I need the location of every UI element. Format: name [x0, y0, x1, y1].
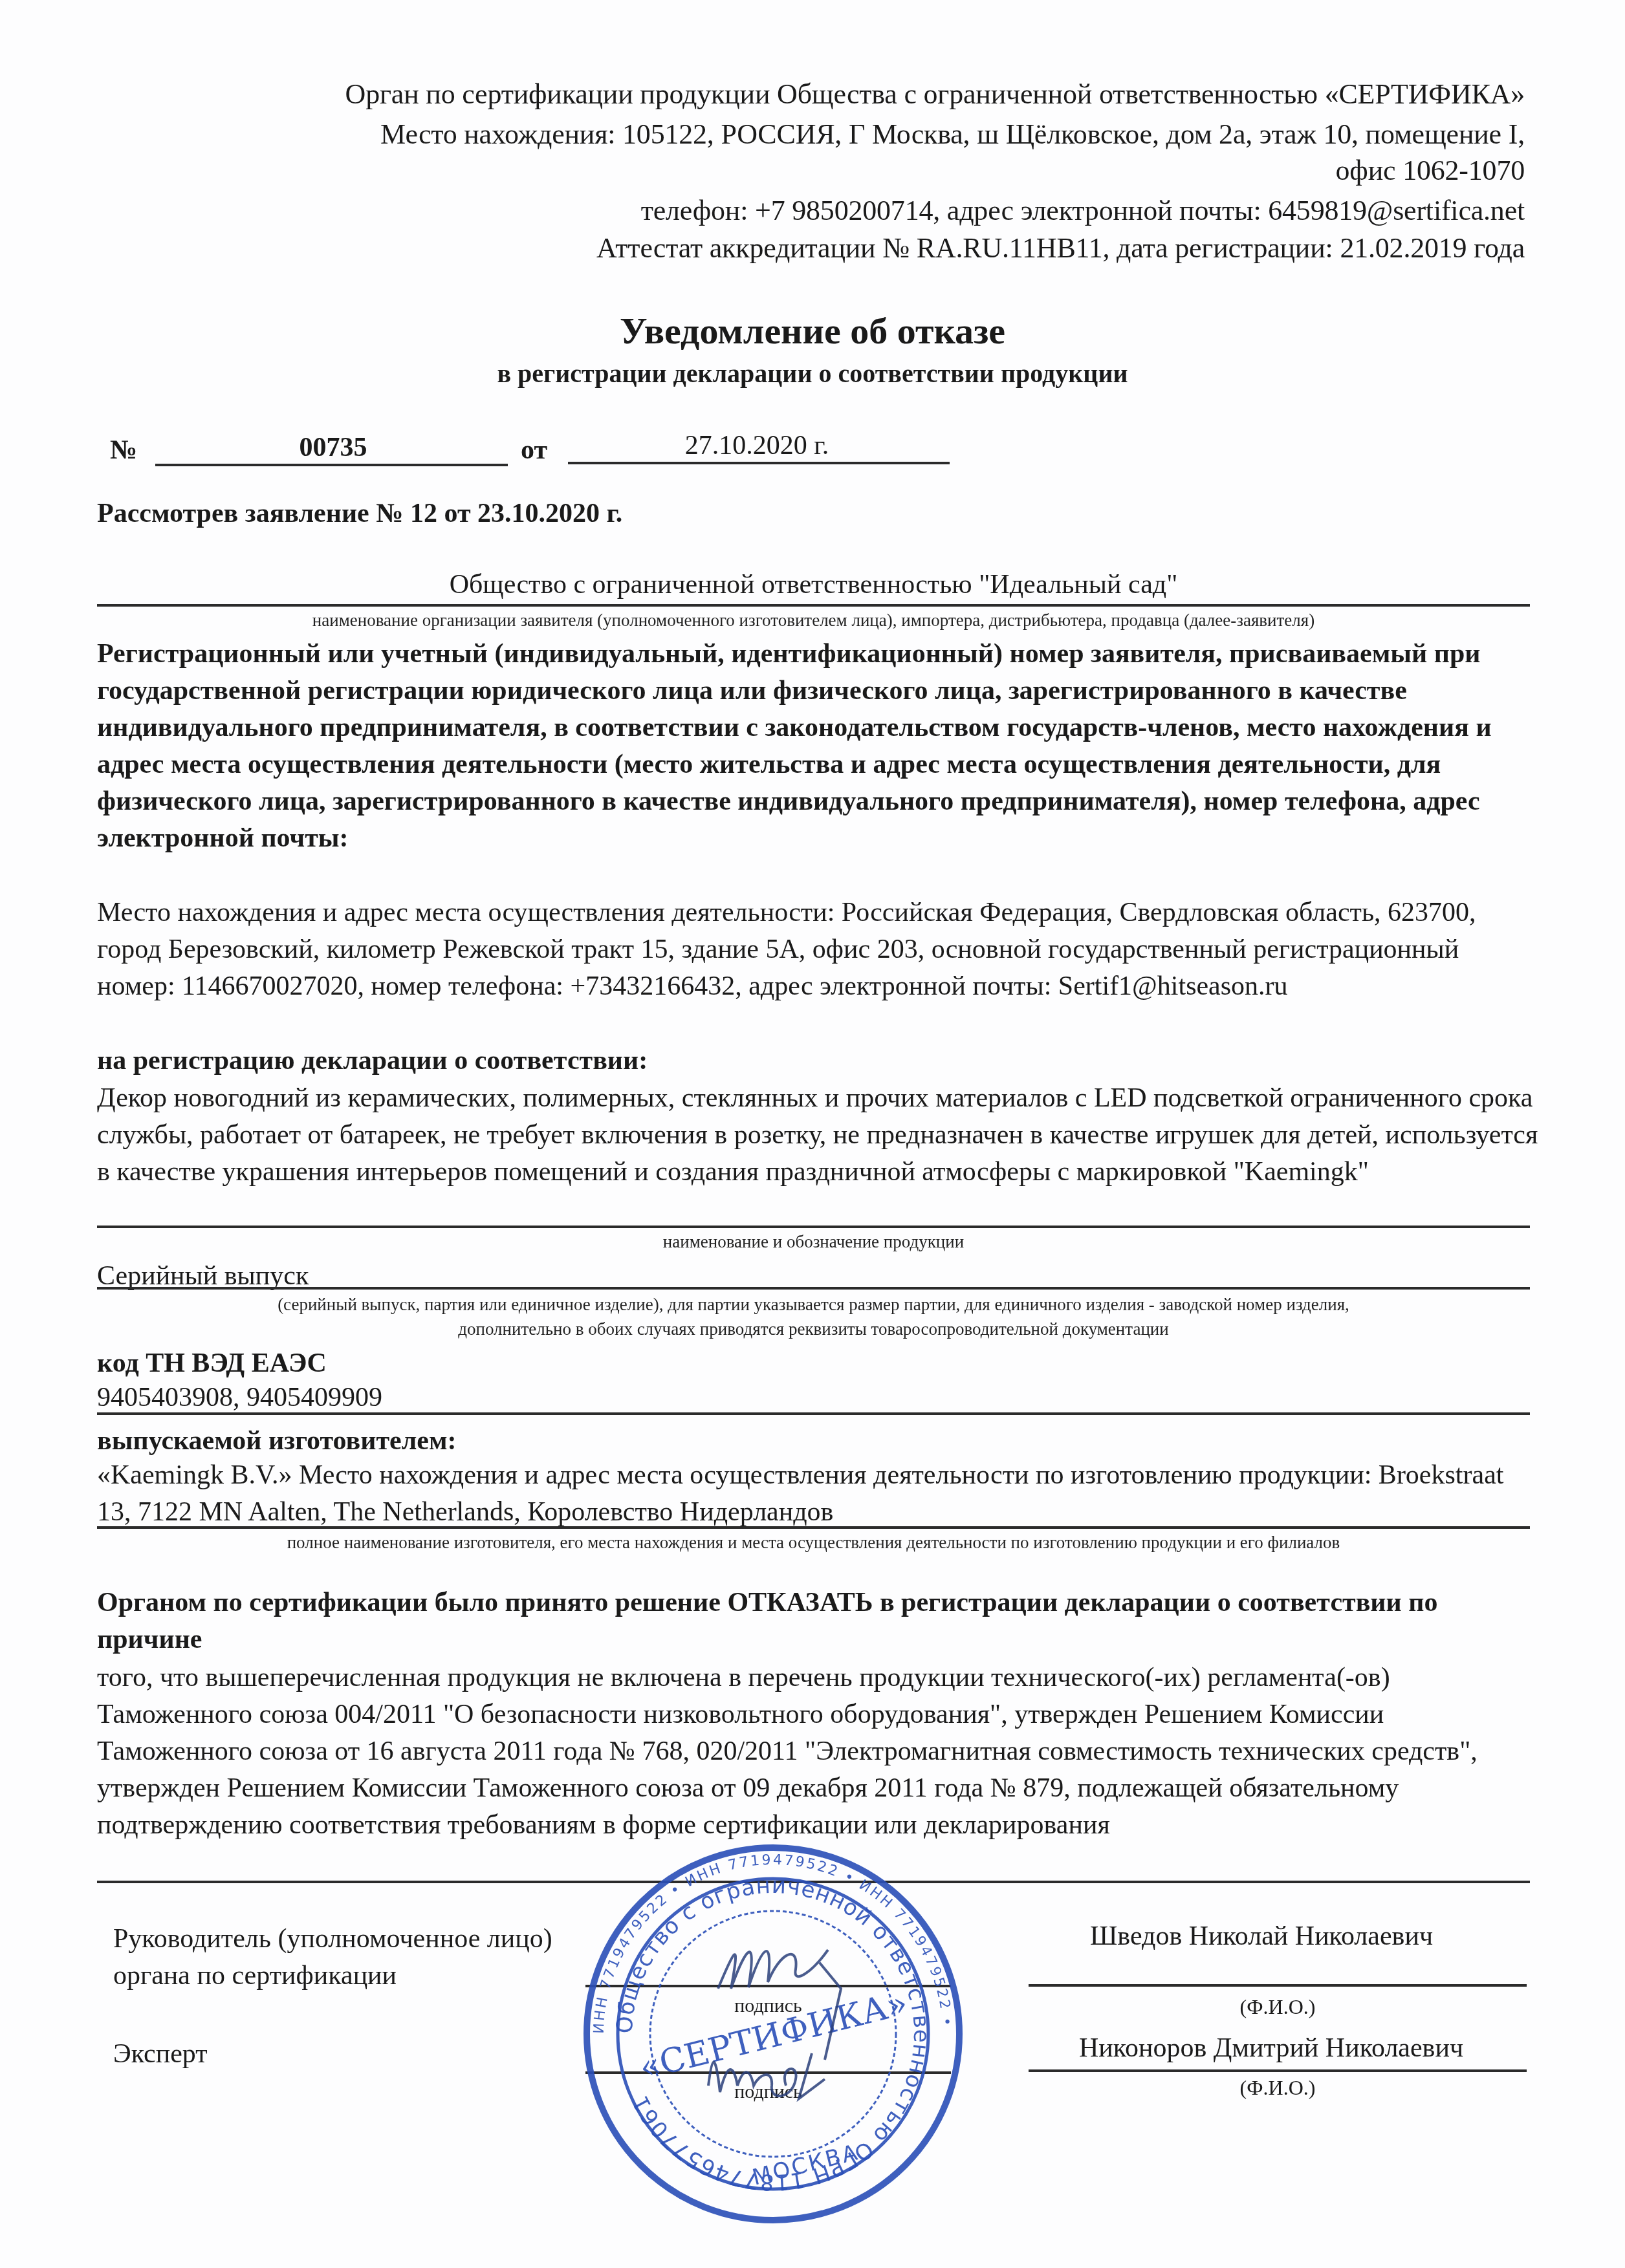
- decision-heading: Органом по сертификации было принято реш…: [97, 1584, 1540, 1658]
- notice-number: 00735: [155, 432, 511, 463]
- decision-reason: того, что вышеперечисленная продукция не…: [97, 1659, 1540, 1844]
- declaration-heading: на регистрацию декларации о соответствии…: [97, 1042, 1540, 1079]
- manufacturer-underline: [97, 1526, 1530, 1529]
- product-hint: наименование и обозначение продукции: [97, 1232, 1530, 1252]
- expert-label: Эксперт: [113, 2036, 208, 2073]
- head-fio-line: [1029, 1984, 1527, 1987]
- header-line-organ: Орган по сертификации продукции Общества…: [345, 76, 1525, 113]
- expert-fio-hint: (Ф.И.О.): [1029, 2076, 1527, 2100]
- head-signatory-label: Руководитель (уполномоченное лицо) орган…: [113, 1921, 579, 1994]
- release-hint-1: (серийный выпуск, партия или единичное и…: [97, 1295, 1530, 1315]
- number-label: №: [110, 435, 137, 466]
- stamp-center-text: «СЕРТИФИКА»: [636, 1983, 911, 2088]
- header-line-accreditation: Аттестат аккредитации № RA.RU.11НВ11, да…: [596, 230, 1525, 266]
- number-underline: [155, 464, 508, 466]
- notice-date: 27.10.2020 г.: [566, 430, 948, 461]
- applicant-name: Общество с ограниченной ответственностью…: [97, 569, 1530, 600]
- expert-name: Никоноров Дмитрий Николаевич: [1016, 2033, 1527, 2064]
- date-label: от: [521, 435, 547, 466]
- head-signatory-name: Шведов Николай Николаевич: [1032, 1921, 1491, 1952]
- tnved-underline: [97, 1412, 1530, 1415]
- page-subtitle: в регистрации декларации о соответствии …: [0, 358, 1625, 389]
- release-underline: [97, 1287, 1530, 1290]
- organization-stamp: ИНН 7719479522 • ИНН 7719479522 • ИНН 77…: [579, 1840, 967, 2228]
- application-reference: Рассмотрев заявление № 12 от 23.10.2020 …: [97, 498, 622, 529]
- expert-fio-line: [1029, 2069, 1527, 2072]
- tnved-codes: 9405403908, 9405409909: [97, 1379, 1540, 1416]
- stamp-city-text: МОСКВА: [750, 2139, 862, 2191]
- head-fio-hint: (Ф.И.О.): [1029, 1995, 1527, 2019]
- date-underline: [568, 462, 950, 464]
- page-title: Уведомление об отказе: [0, 309, 1625, 352]
- product-description: Декор новогодний из керамических, полиме…: [97, 1080, 1540, 1191]
- header-line-office: офис 1062-1070: [1336, 153, 1525, 189]
- document-page: Орган по сертификации продукции Общества…: [0, 0, 1625, 2268]
- manufacturer-details: «Kaemingk B.V.» Место нахождения и адрес…: [97, 1457, 1540, 1531]
- registration-heading: Регистрационный или учетный (индивидуаль…: [97, 636, 1540, 857]
- registration-details: Место нахождения и адрес места осуществл…: [97, 894, 1540, 1005]
- header-line-contacts: телефон: +7 9850200714, адрес электронно…: [641, 193, 1525, 229]
- manufacturer-hint: полное наименование изготовителя, его ме…: [97, 1533, 1530, 1553]
- release-hint-2: дополнительно в обоих случаях приводятся…: [97, 1319, 1530, 1339]
- applicant-hint: наименование организации заявителя (упол…: [97, 610, 1530, 631]
- tnved-heading: код ТН ВЭД ЕАЭС: [97, 1345, 1540, 1382]
- applicant-underline: [97, 604, 1530, 607]
- header-line-address: Место нахождения: 105122, РОССИЯ, Г Моск…: [380, 116, 1525, 153]
- manufacturer-heading: выпускаемой изготовителем:: [97, 1423, 1540, 1460]
- product-underline: [97, 1226, 1530, 1228]
